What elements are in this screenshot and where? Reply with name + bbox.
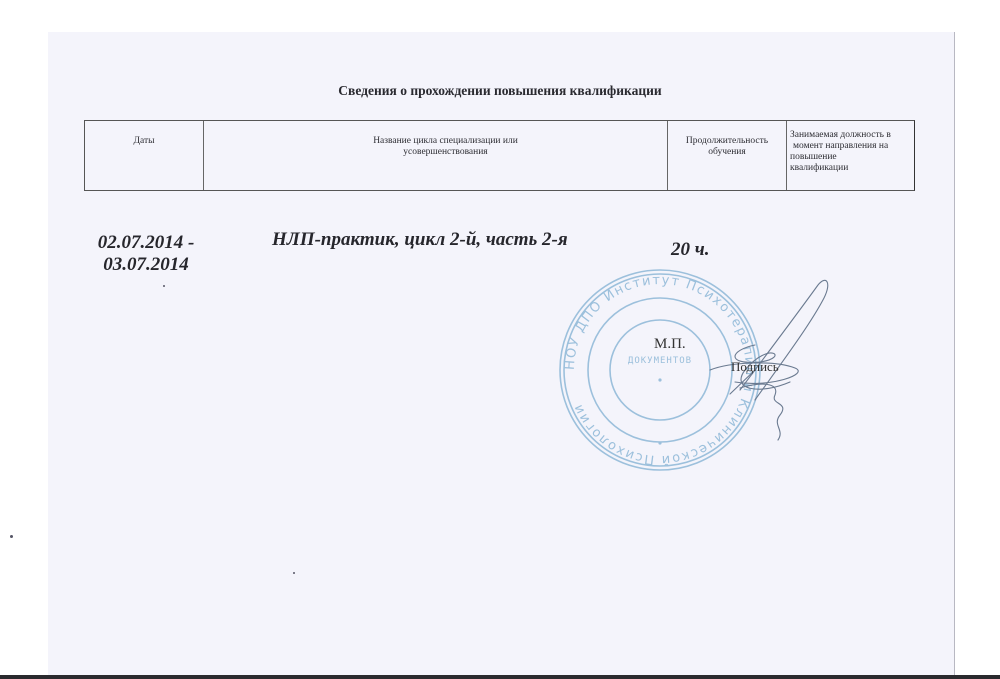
scan-edge	[0, 675, 1000, 679]
header-course-line1: Название цикла специализации или	[373, 136, 518, 146]
scan-speck	[163, 285, 165, 287]
header-table: Даты Название цикла специализации или ус…	[84, 120, 915, 191]
entry-course: НЛП-практик, цикл 2-й, часть 2-я	[272, 229, 568, 251]
header-duration-line2: обучения	[708, 147, 746, 157]
entry-date-to: 03.07.2014	[103, 254, 189, 275]
entry-hours: 20 ч.	[671, 239, 709, 261]
header-duration: Продолжительность обучения	[668, 121, 787, 190]
header-course-name: Название цикла специализации или усоверш…	[204, 121, 668, 190]
header-position: Занимаемая должность в момент направлени…	[787, 121, 914, 190]
scan-speck	[10, 535, 13, 538]
scan-speck	[293, 572, 295, 574]
document-title: Сведения о прохождении повышения квалифи…	[250, 83, 750, 99]
header-position-line4: квалификации	[790, 163, 914, 174]
header-position-line1: Занимаемая должность в	[790, 130, 914, 141]
header-position-line3: повышение	[790, 152, 914, 163]
svg-text:ДОКУМЕНТОВ: ДОКУМЕНТОВ	[628, 356, 692, 366]
stamp-place-label: М.П.	[654, 336, 686, 353]
entry-date-from: 02.07.2014 -	[98, 232, 195, 253]
header-course-line2: усовершенствования	[403, 147, 487, 157]
header-position-line2: момент направления на	[790, 141, 914, 152]
header-dates-label: Даты	[134, 136, 155, 146]
header-duration-line1: Продолжительность	[686, 136, 768, 146]
entry-dates: 02.07.2014 - 03.07.2014	[86, 232, 206, 276]
header-dates: Даты	[85, 121, 204, 190]
signature-label: Подпись	[731, 359, 779, 375]
